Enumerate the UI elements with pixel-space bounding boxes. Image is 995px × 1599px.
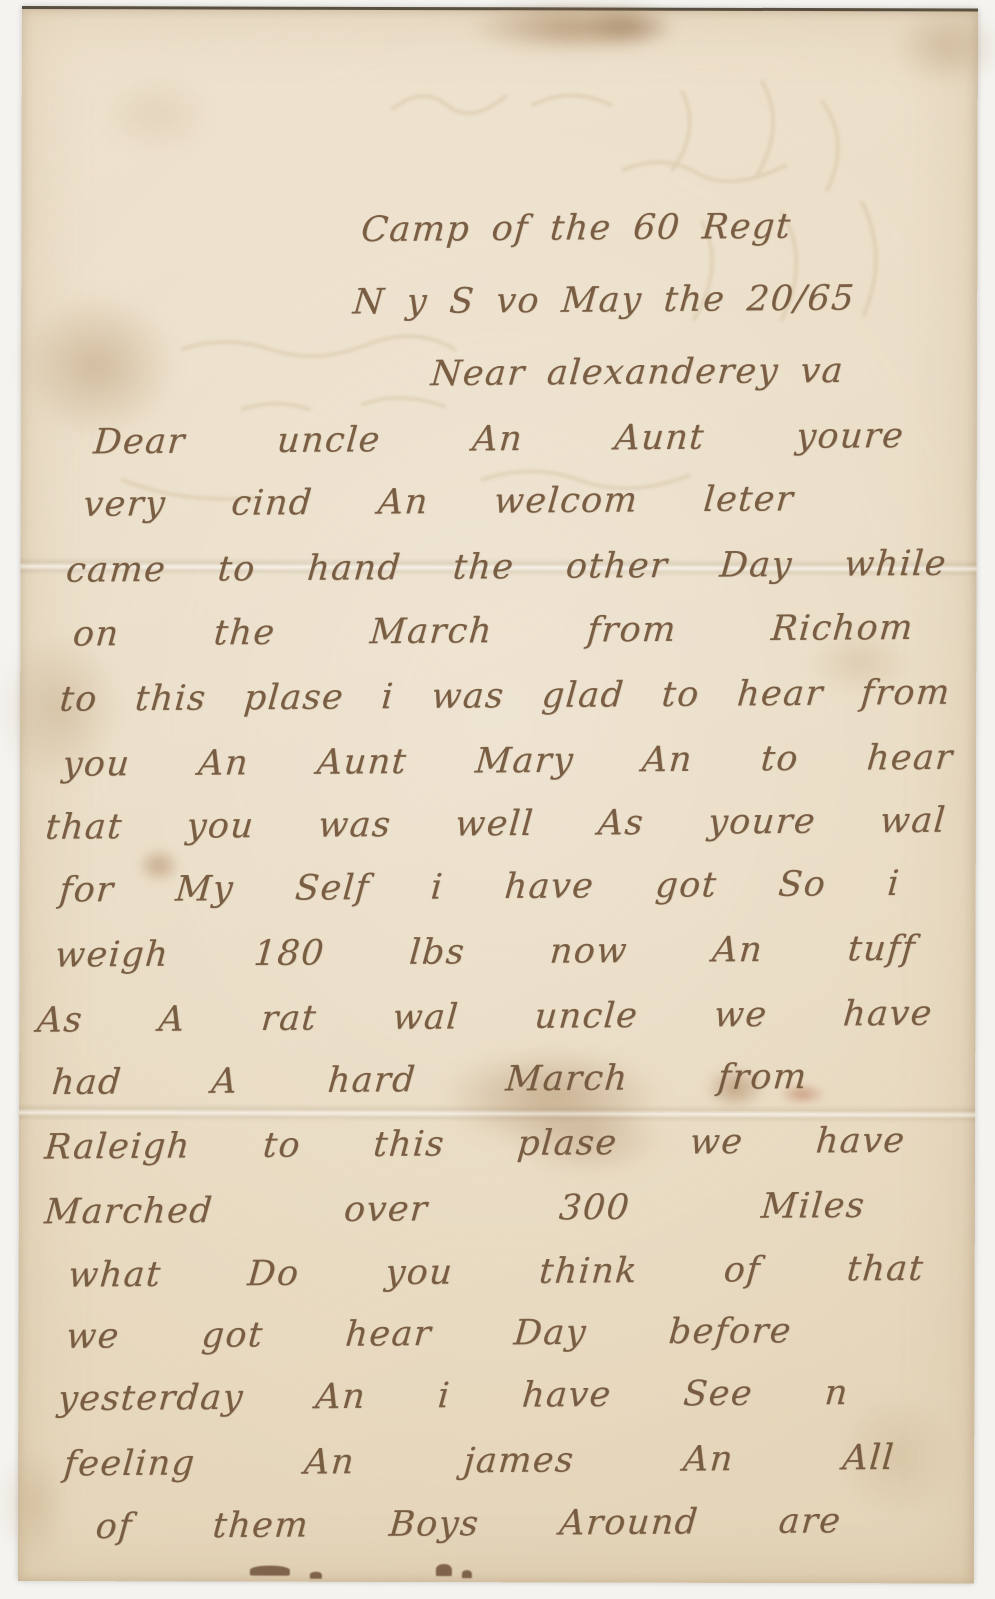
letter-line: came to hand the other Day while bbox=[65, 544, 949, 591]
stain-mark bbox=[430, 0, 710, 63]
stain-mark bbox=[82, 59, 232, 169]
stain-mark bbox=[562, 0, 692, 52]
cut-off-line-marks bbox=[22, 9, 978, 12]
letter-line: had A hard March from bbox=[50, 1057, 809, 1103]
letter-line: Dear uncle An Aunt youre bbox=[92, 416, 906, 462]
letter-line: of them Boys Around are bbox=[94, 1501, 843, 1547]
letter-line: that you was well As youre wal bbox=[44, 801, 948, 848]
letter-line: Raleigh to this plase we have bbox=[43, 1121, 907, 1168]
letter-line: what Do you think of that bbox=[67, 1249, 926, 1296]
stain-mark bbox=[872, 0, 995, 102]
scan-background: { "letter": { "heading_lines": [ "Camp o… bbox=[0, 0, 995, 1599]
letter-line: feeling An james An All bbox=[62, 1438, 896, 1485]
letter-line: for My Self i have got So i bbox=[58, 864, 902, 911]
letter-line: to this plase i was glad to hear from bbox=[58, 673, 952, 720]
letter-line: you An Aunt Mary An to hear bbox=[61, 738, 955, 785]
letter-line: Marched over 300 Miles bbox=[43, 1186, 867, 1232]
letter-line: on the March from Richom bbox=[71, 608, 915, 655]
heading-line: Camp of the 60 Regt bbox=[360, 207, 793, 250]
letter-line: weigh 180 lbs now An tuff bbox=[54, 929, 918, 976]
heading-line: Near alexanderey va bbox=[429, 351, 845, 394]
letter-page: Camp of the 60 Regt N y S vo May the 20/… bbox=[18, 6, 978, 1583]
letter-line: yesterday An i have See n bbox=[56, 1373, 850, 1419]
letter-line: As A rat wal uncle we have bbox=[35, 994, 934, 1041]
letter-line: very cind An welcom leter bbox=[82, 479, 796, 525]
heading-line: N y S vo May the 20/65 bbox=[351, 279, 856, 323]
letter-line: we got hear Day before bbox=[65, 1311, 794, 1357]
